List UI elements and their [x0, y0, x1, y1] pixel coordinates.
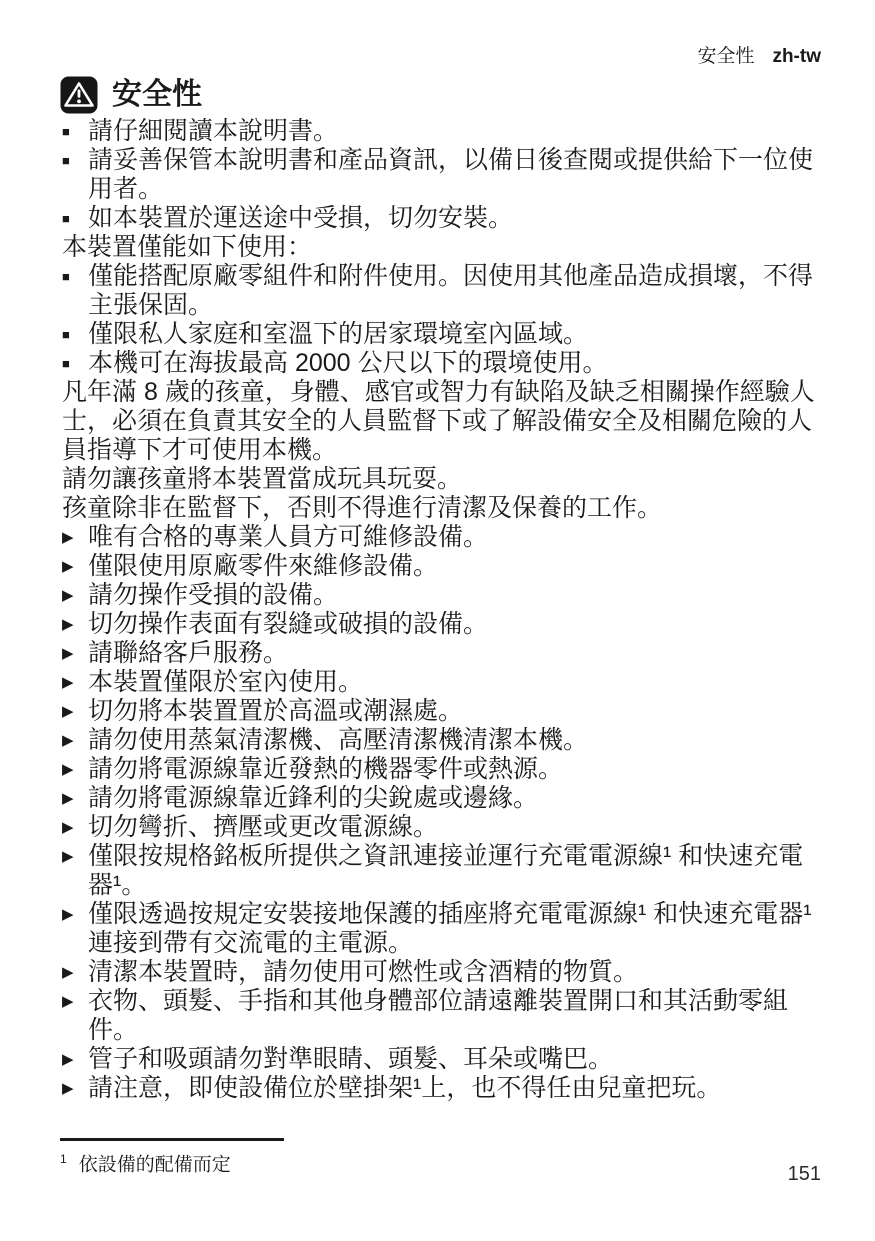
list-item: ▶唯有合格的專業人員方可維修設備。 [62, 523, 824, 552]
arrow-bullet-icon: ▶ [62, 726, 88, 755]
arrow-bullet-icon: ▶ [62, 1074, 88, 1103]
header-language-code: zh-tw [772, 46, 821, 67]
arrow-bullet-icon: ▶ [62, 1045, 88, 1074]
arrow-bullet-icon: ▶ [62, 842, 88, 871]
list-item-text: 請妥善保管本說明書和產品資訊，以備日後查閱或提供給下一位使用者。 [88, 146, 824, 204]
list-item-text: 清潔本裝置時，請勿使用可燃性或含酒精的物質。 [88, 958, 824, 987]
list-item: ▶清潔本裝置時，請勿使用可燃性或含酒精的物質。 [62, 958, 824, 987]
list-item-text: 請勿使用蒸氣清潔機、高壓清潔機清潔本機。 [88, 726, 824, 755]
page-number: 151 [788, 1163, 821, 1186]
paragraph: 本裝置僅能如下使用： [62, 233, 824, 262]
square-bullet-icon: ■ [62, 349, 88, 378]
arrow-bullet-icon: ▶ [62, 552, 88, 581]
section-title-row: 安全性 [60, 76, 202, 114]
arrow-bullet-icon: ▶ [62, 900, 88, 929]
footnote-divider [60, 1138, 284, 1141]
list-item-text: 僅限透過按規定安裝接地保護的插座將充電電源線¹ 和快速充電器¹ 連接到帶有交流電… [88, 900, 824, 958]
list-item-text: 唯有合格的專業人員方可維修設備。 [88, 523, 824, 552]
arrow-bullet-icon: ▶ [62, 523, 88, 552]
list-item: ▶僅限使用原廠零件來維修設備。 [62, 552, 824, 581]
list-item-text: 切勿將本裝置置於高溫或潮濕處。 [88, 697, 824, 726]
list-item-text: 僅限使用原廠零件來維修設備。 [88, 552, 824, 581]
list-item-text: 僅能搭配原廠零組件和附件使用。因使用其他產品造成損壞，不得主張保固。 [88, 262, 824, 320]
arrow-bullet-icon: ▶ [62, 581, 88, 610]
footnote: 1依設備的配備而定 [60, 1147, 231, 1177]
paragraph-text: 請勿讓孩童將本裝置當成玩具玩耍。 [62, 465, 824, 494]
square-bullet-icon: ■ [62, 146, 88, 175]
list-item-text: 請聯絡客戶服務。 [88, 639, 824, 668]
paragraph: 凡年滿 8 歲的孩童，身體、感官或智力有缺陷及缺乏相關操作經驗人士，必須在負責其… [62, 378, 824, 465]
list-item-text: 請勿操作受損的設備。 [88, 581, 824, 610]
list-item-text: 請勿將電源線靠近發熱的機器零件或熱源。 [88, 755, 824, 784]
list-item: ▶請勿使用蒸氣清潔機、高壓清潔機清潔本機。 [62, 726, 824, 755]
section-title: 安全性 [112, 76, 202, 114]
list-item: ▶切勿將本裝置置於高溫或潮濕處。 [62, 697, 824, 726]
square-bullet-icon: ■ [62, 262, 88, 291]
paragraph-text: 本裝置僅能如下使用： [62, 233, 824, 262]
safety-instructions-list: ■請仔細閱讀本說明書。 ■請妥善保管本說明書和產品資訊，以備日後查閱或提供給下一… [62, 117, 824, 1103]
square-bullet-icon: ■ [62, 117, 88, 146]
arrow-bullet-icon: ▶ [62, 813, 88, 842]
square-bullet-icon: ■ [62, 204, 88, 233]
list-item: ▶請勿將電源線靠近發熱的機器零件或熱源。 [62, 755, 824, 784]
arrow-bullet-icon: ▶ [62, 958, 88, 987]
list-item: ▶切勿彎折、擠壓或更改電源線。 [62, 813, 824, 842]
list-item-text: 衣物、頭髮、手指和其他身體部位請遠離裝置開口和其活動零組件。 [88, 987, 824, 1045]
list-item: ▶管子和吸頭請勿對準眼睛、頭髮、耳朵或嘴巴。 [62, 1045, 824, 1074]
arrow-bullet-icon: ▶ [62, 668, 88, 697]
list-item: ▶本裝置僅限於室內使用。 [62, 668, 824, 697]
list-item-text: 僅限私人家庭和室溫下的居家環境室內區域。 [88, 320, 824, 349]
manual-page: 安全性zh-tw 安全性 ■請仔細閱讀本說明書。 ■請妥善保管本說明書和產品資訊… [0, 0, 875, 1241]
list-item: ▶請注意，即使設備位於壁掛架¹上，也不得任由兒童把玩。 [62, 1074, 824, 1103]
list-item: ▶切勿操作表面有裂縫或破損的設備。 [62, 610, 824, 639]
list-item: ▶請勿將電源線靠近鋒利的尖銳處或邊緣。 [62, 784, 824, 813]
list-item: ▶僅限按規格銘板所提供之資訊連接並運行充電電源線¹ 和快速充電器¹。 [62, 842, 824, 900]
list-item: ■請妥善保管本說明書和產品資訊，以備日後查閱或提供給下一位使用者。 [62, 146, 824, 204]
list-item: ▶請聯絡客戶服務。 [62, 639, 824, 668]
arrow-bullet-icon: ▶ [62, 639, 88, 668]
list-item-text: 請注意，即使設備位於壁掛架¹上，也不得任由兒童把玩。 [88, 1074, 824, 1103]
list-item-text: 本機可在海拔最高 2000 公尺以下的環境使用。 [88, 349, 824, 378]
footnote-text: 依設備的配備而定 [79, 1154, 231, 1175]
page-header: 安全性zh-tw [697, 46, 821, 68]
list-item: ■如本裝置於運送途中受損，切勿安裝。 [62, 204, 824, 233]
list-item: ■本機可在海拔最高 2000 公尺以下的環境使用。 [62, 349, 824, 378]
warning-triangle-icon [60, 76, 98, 114]
list-item-text: 如本裝置於運送途中受損，切勿安裝。 [88, 204, 824, 233]
list-item: ■僅限私人家庭和室溫下的居家環境室內區域。 [62, 320, 824, 349]
arrow-bullet-icon: ▶ [62, 784, 88, 813]
arrow-bullet-icon: ▶ [62, 755, 88, 784]
list-item-text: 本裝置僅限於室內使用。 [88, 668, 824, 697]
list-item-text: 管子和吸頭請勿對準眼睛、頭髮、耳朵或嘴巴。 [88, 1045, 824, 1074]
paragraph-text: 孩童除非在監督下，否則不得進行清潔及保養的工作。 [62, 494, 824, 523]
list-item-text: 切勿彎折、擠壓或更改電源線。 [88, 813, 824, 842]
header-section-title: 安全性 [697, 46, 754, 67]
arrow-bullet-icon: ▶ [62, 610, 88, 639]
list-item: ▶請勿操作受損的設備。 [62, 581, 824, 610]
square-bullet-icon: ■ [62, 320, 88, 349]
list-item-text: 請仔細閱讀本說明書。 [88, 117, 824, 146]
paragraph: 孩童除非在監督下，否則不得進行清潔及保養的工作。 [62, 494, 824, 523]
list-item-text: 僅限按規格銘板所提供之資訊連接並運行充電電源線¹ 和快速充電器¹。 [88, 842, 824, 900]
list-item: ■僅能搭配原廠零組件和附件使用。因使用其他產品造成損壞，不得主張保固。 [62, 262, 824, 320]
list-item: ▶衣物、頭髮、手指和其他身體部位請遠離裝置開口和其活動零組件。 [62, 987, 824, 1045]
footnote-marker: 1 [60, 1152, 67, 1166]
paragraph-text: 凡年滿 8 歲的孩童，身體、感官或智力有缺陷及缺乏相關操作經驗人士，必須在負責其… [62, 378, 824, 465]
list-item: ■請仔細閱讀本說明書。 [62, 117, 824, 146]
list-item: ▶僅限透過按規定安裝接地保護的插座將充電電源線¹ 和快速充電器¹ 連接到帶有交流… [62, 900, 824, 958]
list-item-text: 請勿將電源線靠近鋒利的尖銳處或邊緣。 [88, 784, 824, 813]
arrow-bullet-icon: ▶ [62, 697, 88, 726]
arrow-bullet-icon: ▶ [62, 987, 88, 1016]
paragraph: 請勿讓孩童將本裝置當成玩具玩耍。 [62, 465, 824, 494]
list-item-text: 切勿操作表面有裂縫或破損的設備。 [88, 610, 824, 639]
